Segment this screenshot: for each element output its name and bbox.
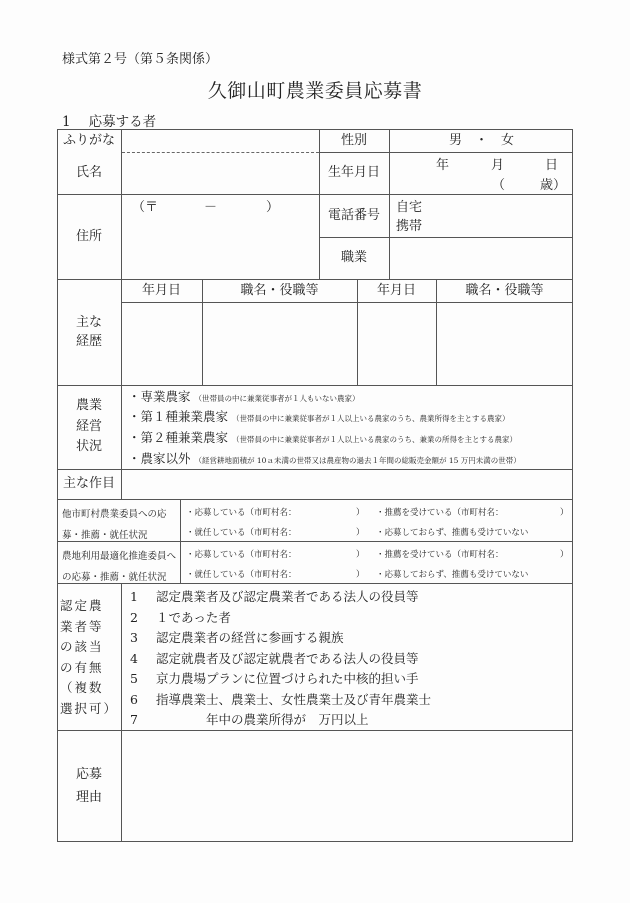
- gender-label: 性別: [319, 129, 389, 152]
- other-municipality-label: 他市町村農業委員への応 募・推薦・就任状況: [62, 504, 180, 546]
- item-number: 2: [130, 610, 156, 625]
- crops-label: 主な作目: [57, 469, 121, 499]
- farming-label-line: 農業: [76, 396, 102, 417]
- label-line: 農地利用最適化推進委員へ: [62, 546, 180, 567]
- farming-status-label: 農業 経営 状況: [57, 385, 121, 469]
- certified-item[interactable]: 6指導農業士、農業士、女性農業士及び青年農業士: [130, 690, 431, 708]
- option-text: ・応募している（市町村名：: [186, 508, 297, 518]
- option-text: ・就任している（市町村名：: [186, 528, 297, 538]
- option-text: ・応募しておらず、推薦も受けていない: [376, 570, 528, 580]
- career-date-field[interactable]: [122, 303, 202, 385]
- career-col-position: 職名・役職等: [436, 279, 573, 302]
- other-applied-option[interactable]: ・応募している（市町村名：: [186, 506, 297, 518]
- label-line: 業者等: [60, 617, 118, 638]
- birthdate-day: 日: [545, 154, 558, 173]
- item-number: 7: [130, 712, 156, 727]
- reason-field[interactable]: [122, 731, 572, 841]
- section-heading: 1応募する者: [62, 110, 156, 130]
- item-text: １であった者: [156, 610, 231, 625]
- gender-options[interactable]: 男 ・ 女: [390, 129, 573, 152]
- occupation-field[interactable]: [390, 238, 573, 279]
- crops-field[interactable]: [122, 470, 573, 499]
- label-line: 募・推薦・就任状況: [62, 525, 180, 546]
- close-paren: ）: [560, 548, 569, 560]
- farming-option-name: ・農家以外: [128, 451, 191, 466]
- item-number: 4: [130, 651, 156, 666]
- name-field[interactable]: [122, 153, 319, 194]
- birthdate-field[interactable]: 年 月 日 （ 歳）: [390, 153, 573, 194]
- land-committee-label: 農地利用最適化推進委員へ の応募・推薦・就任状況: [62, 546, 180, 588]
- close-paren: ）: [356, 568, 365, 580]
- other-appointed-option[interactable]: ・就任している（市町村名：: [186, 526, 297, 538]
- phone-home-label: 自宅: [396, 196, 422, 215]
- certified-item[interactable]: 1認定農業者及び認定農業者である法人の役員等: [130, 587, 419, 605]
- divider: [180, 499, 181, 583]
- career-label-line: 経歴: [76, 332, 102, 352]
- phone-label: 電話番号: [319, 194, 389, 237]
- label-line: 選択可）: [60, 699, 118, 720]
- close-paren: ）: [356, 526, 365, 538]
- item-number: 1: [130, 589, 156, 604]
- farming-option-name: ・第１種兼業農家: [128, 409, 228, 424]
- close-paren: ）: [560, 506, 569, 518]
- item-text: 指導農業士、農業士、女性農業士及び青年農業士: [156, 692, 431, 707]
- name-label: 氏名: [57, 152, 121, 194]
- farming-option[interactable]: ・第１種兼業農家（世帯員の中に兼業従事者が１人以上いる農家のうち、農業所得を主と…: [128, 407, 510, 425]
- farming-option-desc: （世帯員の中に兼業従事者が１人以上いる農家のうち、農業所得を主とする農家）: [232, 414, 510, 423]
- item-text: 認定農業者の経営に参画する親族: [156, 630, 344, 645]
- item-text: 年中の農業所得が 万円以上: [156, 712, 369, 727]
- reason-label-line: 理由: [76, 786, 102, 809]
- certified-item[interactable]: 2１であった者: [130, 608, 231, 626]
- close-paren: ）: [356, 548, 365, 560]
- item-number: 5: [130, 671, 156, 686]
- career-position-field[interactable]: [203, 303, 357, 385]
- label-line: の応募・推薦・就任状況: [62, 567, 180, 588]
- label-line: 認定農: [60, 596, 118, 617]
- age-open: （: [492, 174, 505, 193]
- farming-label-line: 経営: [76, 417, 102, 438]
- label-line: の有無: [60, 658, 118, 679]
- land-appointed-option[interactable]: ・就任している（市町村名：: [186, 568, 297, 580]
- farming-option[interactable]: ・農家以外（経営耕地面積が 10ａ未満の世帯又は農産物の過去１年間の総販売金額が…: [128, 449, 521, 467]
- career-label-line: 主な: [76, 313, 102, 333]
- certified-item[interactable]: 3認定農業者の経営に参画する親族: [130, 628, 344, 646]
- farming-option-name: ・専業農家: [128, 389, 191, 404]
- furigana-field[interactable]: [122, 130, 319, 152]
- farming-option-desc: （世帯員の中に兼業従事者が１人もいない農家）: [195, 394, 360, 403]
- career-position-field[interactable]: [437, 303, 573, 385]
- item-number: 6: [130, 692, 156, 707]
- land-none-option[interactable]: ・応募しておらず、推薦も受けていない: [376, 568, 528, 580]
- phone-mobile-label: 携帯: [396, 215, 422, 234]
- other-recommended-option[interactable]: ・推薦を受けている（市町村名：: [376, 506, 504, 518]
- option-text: ・応募しておらず、推薦も受けていない: [376, 528, 528, 538]
- birthdate-label: 生年月日: [319, 152, 389, 194]
- reason-label: 応募 理由: [57, 730, 121, 842]
- career-date-field[interactable]: [358, 303, 436, 385]
- address-field[interactable]: （〒 － ）: [122, 195, 319, 279]
- option-text: ・就任している（市町村名：: [186, 570, 297, 580]
- land-applied-option[interactable]: ・応募している（市町村名：: [186, 548, 297, 560]
- section-number: 1: [62, 114, 71, 130]
- farming-option[interactable]: ・専業農家（世帯員の中に兼業従事者が１人もいない農家）: [128, 387, 360, 405]
- item-text: 認定農業者及び認定農業者である法人の役員等: [156, 589, 419, 604]
- form-number: 様式第２号（第５条関係）: [62, 48, 218, 67]
- item-text: 京力農場プランに位置づけられた中核的担い手: [156, 671, 419, 686]
- birthdate-month: 月: [491, 154, 504, 173]
- birthdate-year: 年: [436, 154, 449, 173]
- career-col-date: 年月日: [357, 279, 436, 302]
- certified-label: 認定農 業者等 の該当 の有無 （複数 選択可）: [60, 596, 118, 719]
- label-line: の該当: [60, 637, 118, 658]
- postal-dash: －: [204, 196, 217, 215]
- item-text: 認定就農者及び認定就農者である法人の役員等: [156, 651, 419, 666]
- reason-label-line: 応募: [76, 763, 102, 786]
- occupation-label: 職業: [319, 237, 389, 279]
- other-none-option[interactable]: ・応募しておらず、推薦も受けていない: [376, 526, 528, 538]
- farming-option[interactable]: ・第２種兼業農家（世帯員の中に兼業従事者が１人以上いる農家のうち、兼業の所得を主…: [128, 428, 517, 446]
- farming-option-desc: （経営耕地面積が 10ａ未満の世帯又は農産物の過去１年間の総販売金額が 15 万…: [195, 456, 521, 465]
- option-text: ・推薦を受けている（市町村名：: [376, 508, 504, 518]
- address-label: 住所: [57, 194, 121, 279]
- postal-open: （〒: [132, 196, 158, 215]
- option-text: ・推薦を受けている（市町村名：: [376, 550, 504, 560]
- farming-option-desc: （世帯員の中に兼業従事者が１人以上いる農家のうち、兼業の所得を主とする農家）: [232, 435, 517, 444]
- section-title: 応募する者: [89, 114, 157, 130]
- divider: [57, 385, 573, 386]
- label-line: 他市町村農業委員への応: [62, 504, 180, 525]
- farming-option-name: ・第２種兼業農家: [128, 430, 228, 445]
- item-number: 3: [130, 630, 156, 645]
- certified-item[interactable]: 7 年中の農業所得が 万円以上: [130, 710, 369, 728]
- land-recommended-option[interactable]: ・推薦を受けている（市町村名：: [376, 548, 504, 560]
- career-label: 主な 経歴: [57, 279, 121, 385]
- close-paren: ）: [356, 506, 365, 518]
- label-line: （複数: [60, 678, 118, 699]
- furigana-label: ふりがな: [57, 129, 121, 152]
- option-text: ・応募している（市町村名：: [186, 550, 297, 560]
- career-col-position: 職名・役職等: [202, 279, 357, 302]
- farming-label-line: 状況: [76, 437, 102, 458]
- postal-close: ）: [266, 196, 279, 215]
- divider: [57, 499, 573, 500]
- career-col-date: 年月日: [121, 279, 202, 302]
- certified-item[interactable]: 5京力農場プランに位置づけられた中核的担い手: [130, 669, 419, 687]
- page-title: 久御山町農業委員応募書: [0, 76, 630, 103]
- certified-item[interactable]: 4認定就農者及び認定就農者である法人の役員等: [130, 649, 419, 667]
- phone-field[interactable]: 自宅 携帯: [390, 195, 573, 237]
- age-close: 歳）: [540, 174, 566, 193]
